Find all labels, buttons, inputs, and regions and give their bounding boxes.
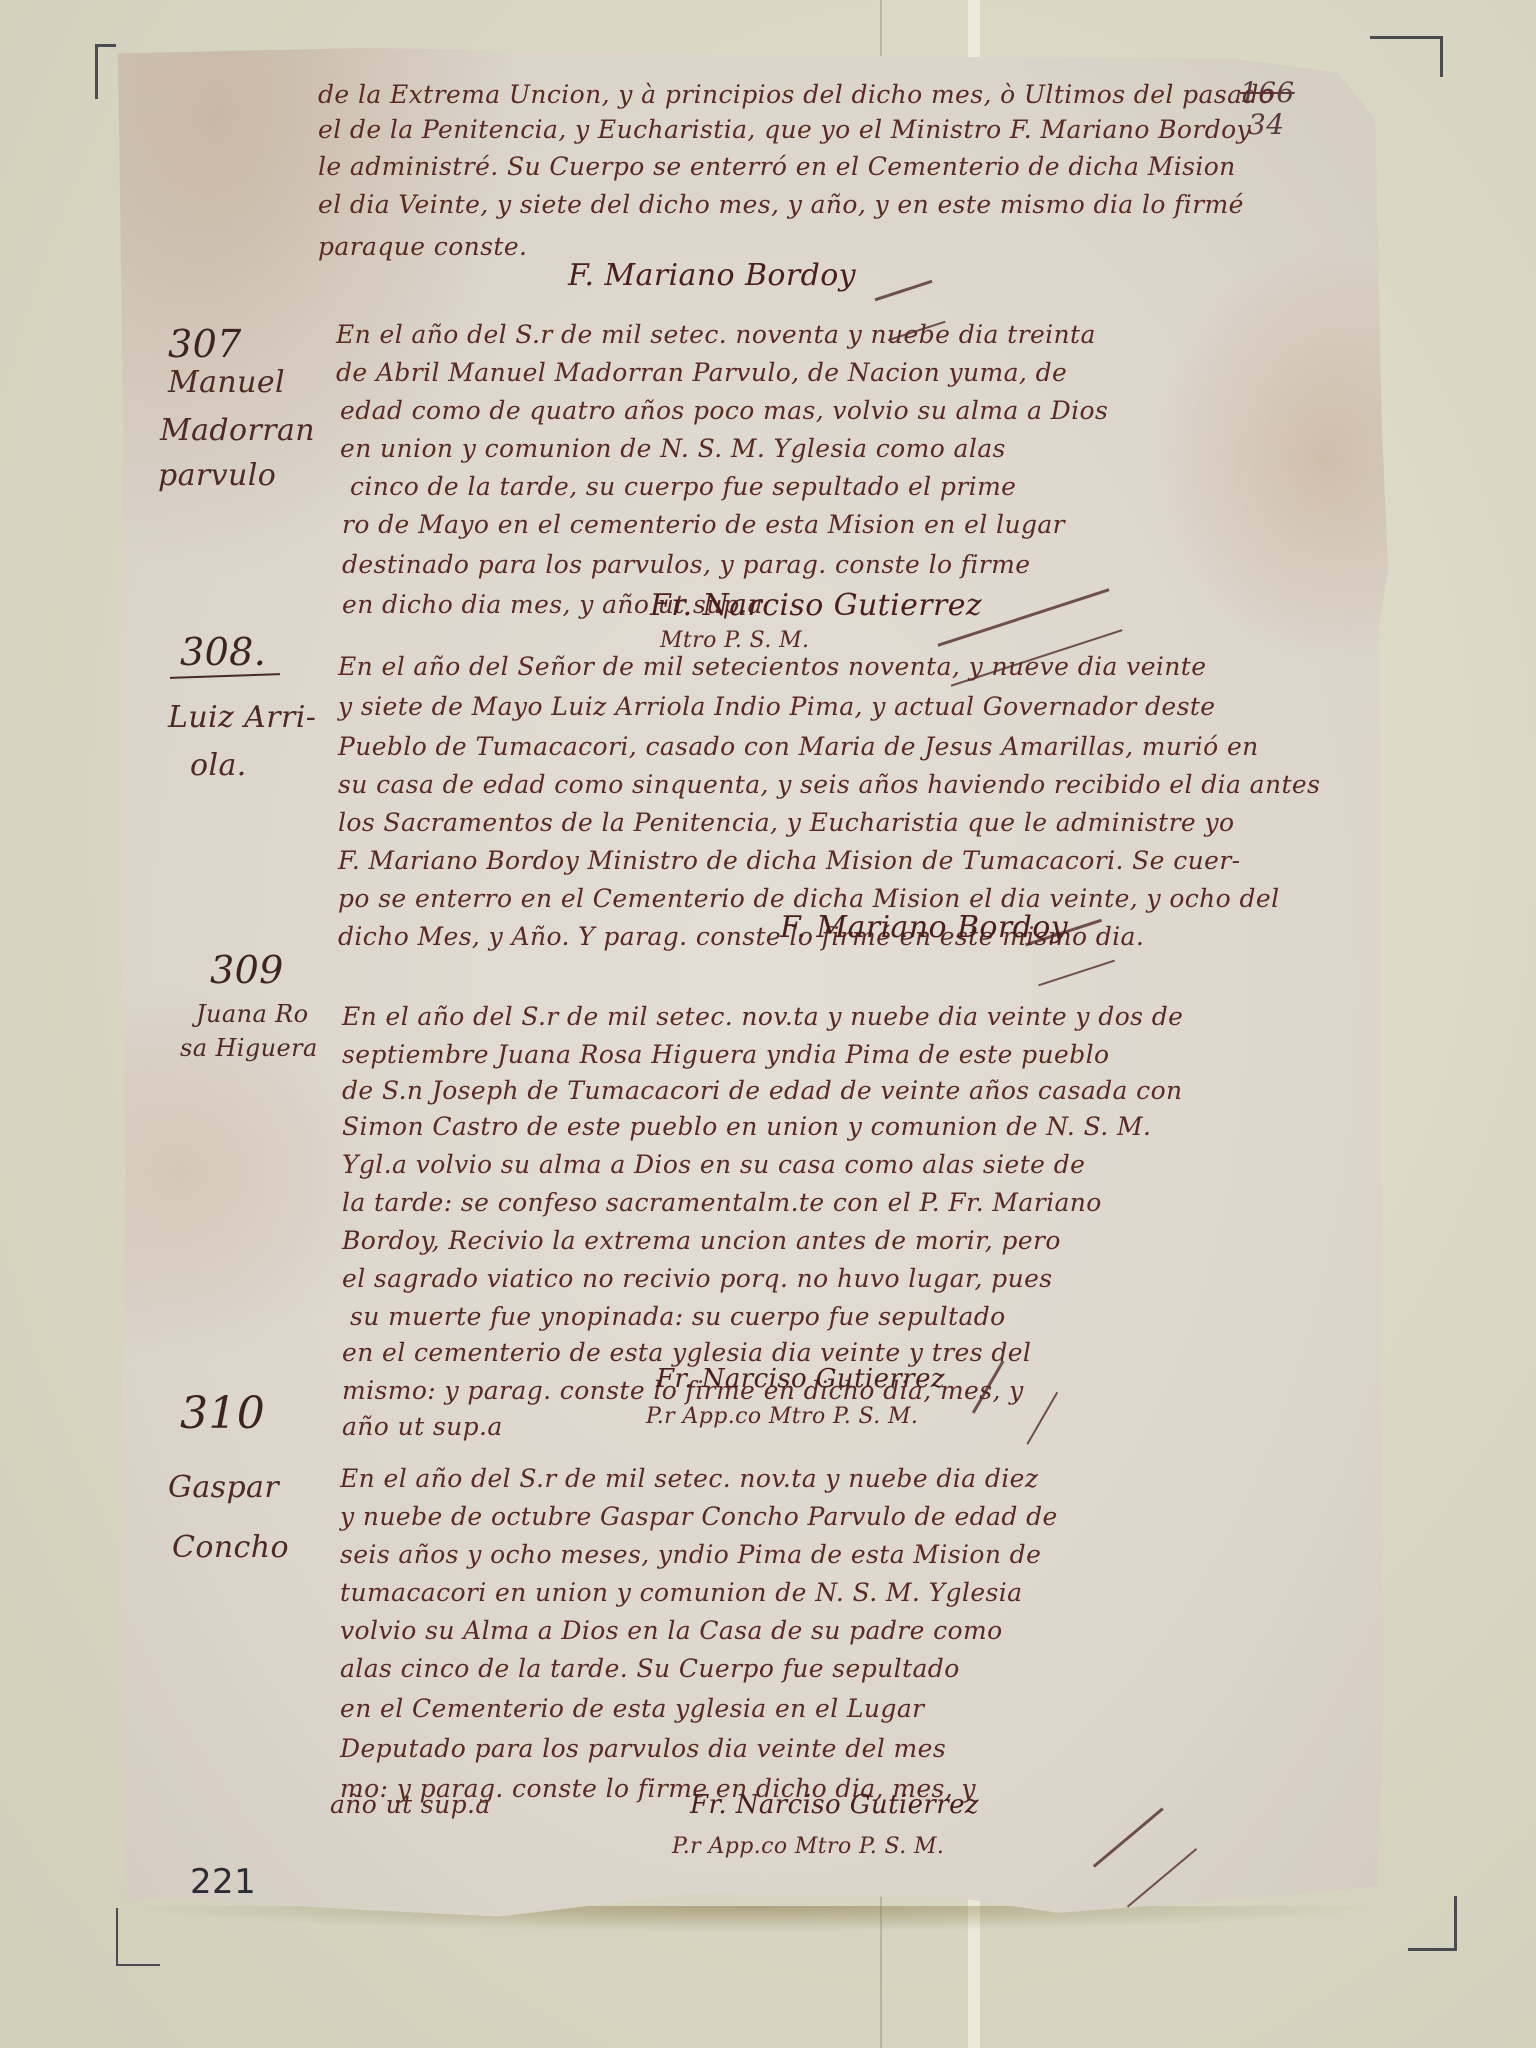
entry-number: 307 xyxy=(168,322,242,366)
signature: Fr. Narciso Gutierrez xyxy=(656,1364,945,1394)
signature-title: Mtro P. S. M. xyxy=(660,628,809,653)
entry-line: Deputado para los parvulos dia veinte de… xyxy=(340,1734,946,1763)
margin-name: sa Higuera xyxy=(180,1034,318,1062)
signature: F. Mariano Bordoy xyxy=(568,258,856,293)
entry-line: Pueblo de Tumacacori, casado con Maria d… xyxy=(338,732,1259,761)
corner-mark-top-left xyxy=(95,44,116,99)
margin-name: Concho xyxy=(172,1530,289,1565)
entry-line: los Sacramentos de la Penitencia, y Euch… xyxy=(338,808,1234,837)
entry-number: 310 xyxy=(180,1388,265,1439)
entry-line: Ygl.a volvio su alma a Dios en su casa c… xyxy=(342,1150,1085,1179)
entry-line: año ut sup.a xyxy=(330,1790,491,1819)
entry-line: po se enterro en el Cementerio de dicha … xyxy=(338,884,1279,913)
continuation-line: paraque conste. xyxy=(318,232,527,261)
entry-line: su muerte fue ynopinada: su cuerpo fue s… xyxy=(350,1302,1006,1331)
continuation-line: le administré. Su Cuerpo se enterró en e… xyxy=(318,152,1236,181)
entry-line: F. Mariano Bordoy Ministro de dicha Misi… xyxy=(338,846,1241,875)
folio-number: 34 xyxy=(1248,108,1284,141)
corner-mark-top-right xyxy=(1370,36,1443,77)
entry-line: su casa de edad como sinquenta, y seis a… xyxy=(338,770,1320,799)
margin-name: Madorran xyxy=(160,413,315,448)
entry-line: año ut sup.a xyxy=(342,1412,503,1441)
entry-line: de S.n Joseph de Tumacacori de edad de v… xyxy=(342,1076,1183,1105)
entry-line: En el año del S.r de mil setec. nov.ta y… xyxy=(340,1464,1038,1493)
entry-line: Simon Castro de este pueblo en union y c… xyxy=(342,1112,1151,1141)
margin-name: Manuel xyxy=(168,365,285,400)
entry-line: ro de Mayo en el cementerio de esta Misi… xyxy=(342,510,1065,539)
entry-line: septiembre Juana Rosa Higuera yndia Pima… xyxy=(342,1040,1109,1069)
margin-name: parvulo xyxy=(158,458,276,493)
continuation-line: de la Extrema Uncion, y à principios del… xyxy=(318,80,1274,109)
signature-title: P.r App.co Mtro P. S. M. xyxy=(672,1834,944,1859)
entry-line: seis años y ocho meses, yndio Pima de es… xyxy=(340,1540,1041,1569)
margin-name: Gaspar xyxy=(168,1470,279,1505)
entry-line: y nuebe de octubre Gaspar Concho Parvulo… xyxy=(340,1502,1058,1531)
entry-line: destinado para los parvulos, y parag. co… xyxy=(342,550,1030,579)
signature: Fr. Narciso Gutierrez xyxy=(650,588,982,623)
entry-line: alas cinco de la tarde. Su Cuerpo fue se… xyxy=(340,1654,960,1683)
entry-number: 308. xyxy=(180,630,266,674)
entry-line: En el año del Señor de mil setecientos n… xyxy=(338,652,1206,681)
signature-title: P.r App.co Mtro P. S. M. xyxy=(646,1404,918,1429)
entry-line: edad como de quatro años poco mas, volvi… xyxy=(340,396,1108,425)
continuation-line: el de la Penitencia, y Eucharistia, que … xyxy=(318,115,1251,144)
entry-line: cinco de la tarde, su cuerpo fue sepulta… xyxy=(350,472,1016,501)
page-shadow xyxy=(122,1906,1384,1932)
entry-line: Bordoy, Recivio la extrema uncion antes … xyxy=(342,1226,1061,1255)
margin-name: ola. xyxy=(190,748,247,783)
margin-name: Luiz Arri- xyxy=(168,700,316,735)
entry-line: la tarde: se confeso sacramentalm.te con… xyxy=(342,1188,1102,1217)
entry-line: en el Cementerio de esta yglesia en el L… xyxy=(340,1694,925,1723)
entry-number: 309 xyxy=(210,948,284,992)
corner-mark-bottom-right xyxy=(1408,1896,1457,1951)
entry-line: volvio su Alma a Dios en la Casa de su p… xyxy=(340,1616,1003,1645)
margin-name: Juana Ro xyxy=(196,1000,309,1028)
entry-line: en el cementerio de esta yglesia dia vei… xyxy=(342,1338,1031,1367)
entry-line: En el año del S.r de mil setec. noventa … xyxy=(336,320,1096,349)
entry-line: y siete de Mayo Luiz Arriola Indio Pima,… xyxy=(338,692,1216,721)
signature: Fr. Narciso Gutierrez xyxy=(690,1790,979,1820)
entry-line: tumacacori en union y comunion de N. S. … xyxy=(340,1578,1022,1607)
entry-line: de Abril Manuel Madorran Parvulo, de Nac… xyxy=(336,358,1067,387)
entry-line: en union y comunion de N. S. M. Yglesia … xyxy=(340,434,1006,463)
entry-line: el sagrado viatico no recivio porq. no h… xyxy=(342,1264,1053,1293)
signature: F. Mariano Bordoy xyxy=(780,910,1068,945)
continuation-line: el dia Veinte, y siete del dicho mes, y … xyxy=(318,190,1244,219)
archival-page-number: 221 xyxy=(190,1862,256,1902)
entry-line: En el año del S.r de mil setec. nov.ta y… xyxy=(342,1002,1183,1031)
